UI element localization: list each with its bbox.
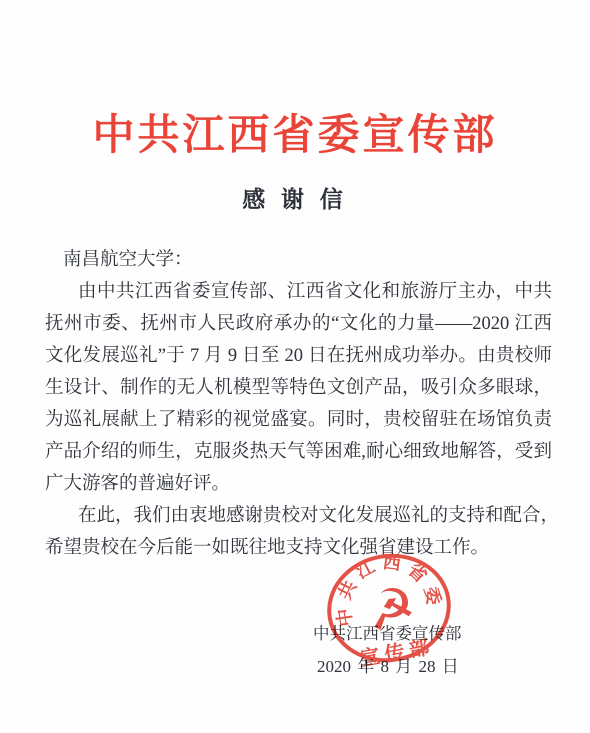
body-line-2: 抚州市委、抚州市人民政府承办的“文化的力量——2020 江西 — [45, 308, 552, 340]
letterhead-title: 中共江西省委宣传部 — [0, 102, 590, 162]
letter-body: 南昌航空大学： 由中共江西省委宣传部、江西省文化和旅游厅主办，中共 抚州市委、抚… — [45, 244, 552, 564]
body-line-7: 广大游客的普遍好评。 — [45, 468, 552, 500]
body-line-3: 文化发展巡礼”于 7 月 9 日至 20 日在抚州成功举办。由贵校师 — [45, 340, 552, 372]
body-line-8: 在此，我们由衷地感谢贵校对文化发展巡礼的支持和配合， — [45, 500, 552, 532]
letter-page: 中共江西省委宣传部 感 谢 信 南昌航空大学： 由中共江西省委宣传部、江西省文化… — [0, 0, 590, 733]
salutation-line: 南昌航空大学： — [45, 244, 552, 276]
body-line-9: 希望贵校在今后能一如既往地支持文化强省建设工作。 — [45, 532, 552, 564]
signature-organization: 中共江西省委宣传部 — [313, 620, 462, 644]
body-line-5: 为巡礼展献上了精彩的视觉盛宴。同时，贵校留驻在场馆负责 — [45, 404, 552, 436]
signature-date: 2020 年 8 月 28 日 — [317, 652, 459, 677]
letter-subject-title: 感 谢 信 — [0, 181, 590, 214]
body-line-6: 产品介绍的师生，克服炎热天气等困难,耐心细致地解答，受到 — [45, 436, 552, 468]
body-line-4: 生设计、制作的无人机模型等特色文创产品，吸引众多眼球， — [45, 372, 552, 404]
body-line-1: 由中共江西省委宣传部、江西省文化和旅游厅主办，中共 — [45, 276, 552, 308]
